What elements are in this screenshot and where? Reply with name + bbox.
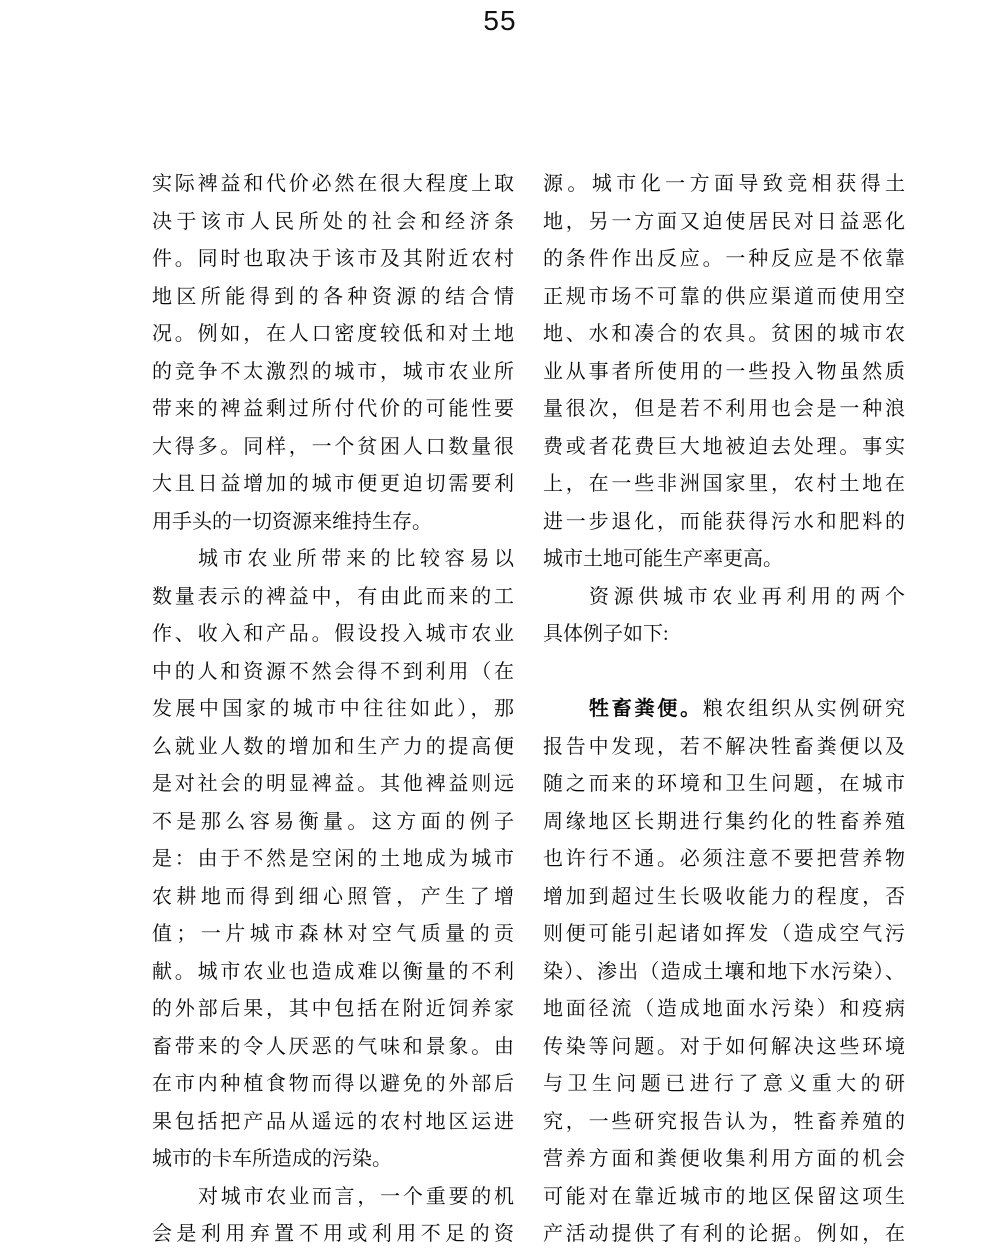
text-line: 值；一片城市森林对空气质量的贡 <box>152 916 514 954</box>
right-column: 源。城市化一方面导致竞相获得土 地，另一方面又迫使居民对日益恶化 的条件作出反应… <box>543 166 905 1254</box>
text-line: 量很次，但是若不利用也会是一种浪 <box>543 391 905 429</box>
page-number: 55 <box>0 5 1000 37</box>
text-line: 牲畜粪便。粮农组织从实例研究 <box>543 691 905 729</box>
text-line: 资源供城市农业再利用的两个 <box>543 579 905 617</box>
text-line: 周缘地区长期进行集约化的牲畜养殖 <box>543 804 905 842</box>
text-line: 发展中国家的城市中往往如此），那 <box>152 691 514 729</box>
text-line: 地面径流（造成地面水污染）和疫病 <box>543 991 905 1029</box>
text-line: 的竞争不太激烈的城市，城市农业所 <box>152 354 514 392</box>
text-line: 作、收入和产品。假设投入城市农业 <box>152 616 514 654</box>
text-line: 况。例如，在人口密度较低和对土地 <box>152 316 514 354</box>
text-line: 地，另一方面又迫使居民对日益恶化 <box>543 204 905 242</box>
text-line: 中的人和资源不然会得不到利用（在 <box>152 654 514 692</box>
text-line-rest: 粮农组织从实例研究 <box>703 698 905 720</box>
text-line: 会是利用弃置不用或利用不足的资 <box>152 1216 514 1254</box>
text-line: 决于该市人民所处的社会和经济条 <box>152 204 514 242</box>
text-line: 则便可能引起诸如挥发（造成空气污 <box>543 916 905 954</box>
text-line: 营养方面和粪便收集利用方面的机会 <box>543 1141 905 1179</box>
text-line: 在市内种植食物而得以避免的外部后 <box>152 1066 514 1104</box>
blank-line <box>543 654 905 692</box>
text-line: 大得多。同样，一个贫困人口数量很 <box>152 429 514 467</box>
text-line: 可能对在靠近城市的地区保留这项生 <box>543 1179 905 1217</box>
text-line: 业从事者所使用的一些投入物虽然质 <box>543 354 905 392</box>
text-line: 农耕地而得到细心照管，产生了增 <box>152 879 514 917</box>
text-line: 传染等问题。对于如何解决这些环境 <box>543 1029 905 1067</box>
text-line: 也许行不通。必须注意不要把营养物 <box>543 841 905 879</box>
text-line: 果包括把产品从遥远的农村地区运进 <box>152 1104 514 1142</box>
text-line: 产活动提供了有利的论据。例如，在 <box>543 1216 905 1254</box>
text-line: 件。同时也取决于该市及其附近农村 <box>152 241 514 279</box>
text-line: 报告中发现，若不解决牲畜粪便以及 <box>543 729 905 767</box>
text-line: 源。城市化一方面导致竞相获得土 <box>543 166 905 204</box>
text-line: 城市农业所带来的比较容易以 <box>152 541 514 579</box>
text-line: 具体例子如下: <box>543 616 905 654</box>
text-line: 畜带来的令人厌恶的气味和景象。由 <box>152 1029 514 1067</box>
bold-lead-in: 牲畜粪便。 <box>589 698 703 720</box>
text-line: 带来的裨益剩过所付代价的可能性要 <box>152 391 514 429</box>
text-line: 费或者花费巨大地被迫去处理。事实 <box>543 429 905 467</box>
text-line: 是对社会的明显裨益。其他裨益则远 <box>152 766 514 804</box>
text-line: 上，在一些非洲国家里，农村土地在 <box>543 466 905 504</box>
text-line: 不是那么容易衡量。这方面的例子 <box>152 804 514 842</box>
text-line: 与卫生问题已进行了意义重大的研 <box>543 1066 905 1104</box>
text-line: 献。城市农业也造成难以衡量的不利 <box>152 954 514 992</box>
text-line: 对城市农业而言，一个重要的机 <box>152 1179 514 1217</box>
text-line: 实际裨益和代价必然在很大程度上取 <box>152 166 514 204</box>
text-line: 正规市场不可靠的供应渠道而使用空 <box>543 279 905 317</box>
text-line: 的条件作出反应。一种反应是不依靠 <box>543 241 905 279</box>
text-line: 增加到超过生长吸收能力的程度，否 <box>543 879 905 917</box>
text-line: 数量表示的裨益中，有由此而来的工 <box>152 579 514 617</box>
text-line: 城市的卡车所造成的污染。 <box>152 1141 514 1179</box>
text-line: 的外部后果，其中包括在附近饲养家 <box>152 991 514 1029</box>
text-line: 染）、渗出（造成土壤和地下水污染）、 <box>543 954 905 992</box>
text-line: 城市土地可能生产率更高。 <box>543 541 905 579</box>
text-line: 地区所能得到的各种资源的结合情 <box>152 279 514 317</box>
text-line: 用手头的一切资源来维持生存。 <box>152 504 514 542</box>
text-line: 进一步退化，而能获得污水和肥料的 <box>543 504 905 542</box>
left-column: 实际裨益和代价必然在很大程度上取 决于该市人民所处的社会和经济条 件。同时也取决… <box>152 166 514 1254</box>
text-line: 是：由于不然是空闲的土地成为城市 <box>152 841 514 879</box>
text-line: 么就业人数的增加和生产力的提高便 <box>152 729 514 767</box>
text-line: 地、水和凑合的农具。贫困的城市农 <box>543 316 905 354</box>
text-line: 究，一些研究报告认为，牲畜养殖的 <box>543 1104 905 1142</box>
text-line: 随之而来的环境和卫生问题，在城市 <box>543 766 905 804</box>
text-line: 大且日益增加的城市便更迫切需要利 <box>152 466 514 504</box>
